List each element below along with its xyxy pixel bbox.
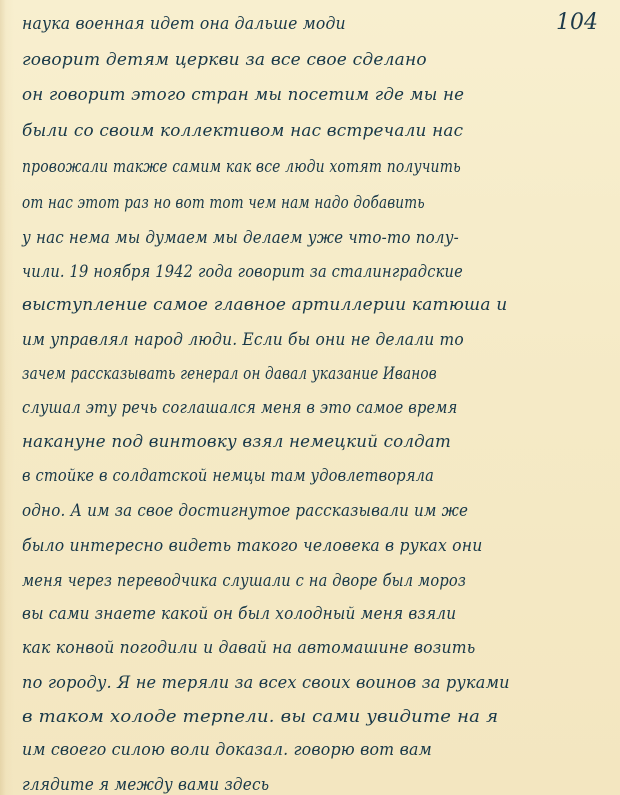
- text-line: по городу. Я не теряли за всех своих вои…: [22, 673, 510, 693]
- text-line: он говорит этого стран мы посетим где мы…: [22, 85, 464, 105]
- text-line: как конвой погодили и давай на автомашин…: [22, 638, 475, 658]
- text-line: говорит детям церкви за все свое сделано: [22, 50, 427, 70]
- text-line: провожали также самим как все люди хотят…: [22, 157, 461, 177]
- text-line: наука военная идет она дальше моди: [22, 14, 346, 34]
- text-line: в стойке в солдатской немцы там удовлетв…: [22, 466, 434, 486]
- text-line: накануне под винтовку взял немецкий солд…: [22, 432, 451, 452]
- text-line: слушал эту речь соглашался меня в это са…: [22, 398, 457, 418]
- manuscript-page: 104 наука военная идет она дальше моди г…: [0, 0, 620, 795]
- text-line: им управлял народ люди. Если бы они не д…: [22, 330, 464, 350]
- text-line: чили. 19 ноября 1942 года говорит за ста…: [22, 262, 463, 282]
- text-line: в таком холоде терпели. вы сами увидите …: [22, 707, 498, 727]
- text-line: вы сами знаете какой он был холодный мен…: [22, 604, 456, 624]
- text-line: были со своим коллективом нас встречали …: [22, 121, 463, 141]
- text-line: глядите я между вами здесь: [22, 775, 269, 795]
- page-number: 104: [556, 10, 598, 35]
- text-line: выступление самое главное артиллерии кат…: [22, 295, 507, 315]
- text-line: им своего силою воли доказал. говорю вот…: [22, 740, 432, 760]
- text-line: зачем рассказывать генерал он давал указ…: [22, 364, 437, 384]
- text-line: было интересно видеть такого человека в …: [22, 536, 482, 556]
- text-line: одно. А им за свое достигнутое рассказыв…: [22, 501, 468, 521]
- text-line: от нас этот раз но вот тот чем нам надо …: [22, 193, 425, 213]
- text-line: меня через переводчика слушали с на двор…: [22, 571, 466, 591]
- text-line: у нас нема мы думаем мы делаем уже что-т…: [22, 228, 459, 248]
